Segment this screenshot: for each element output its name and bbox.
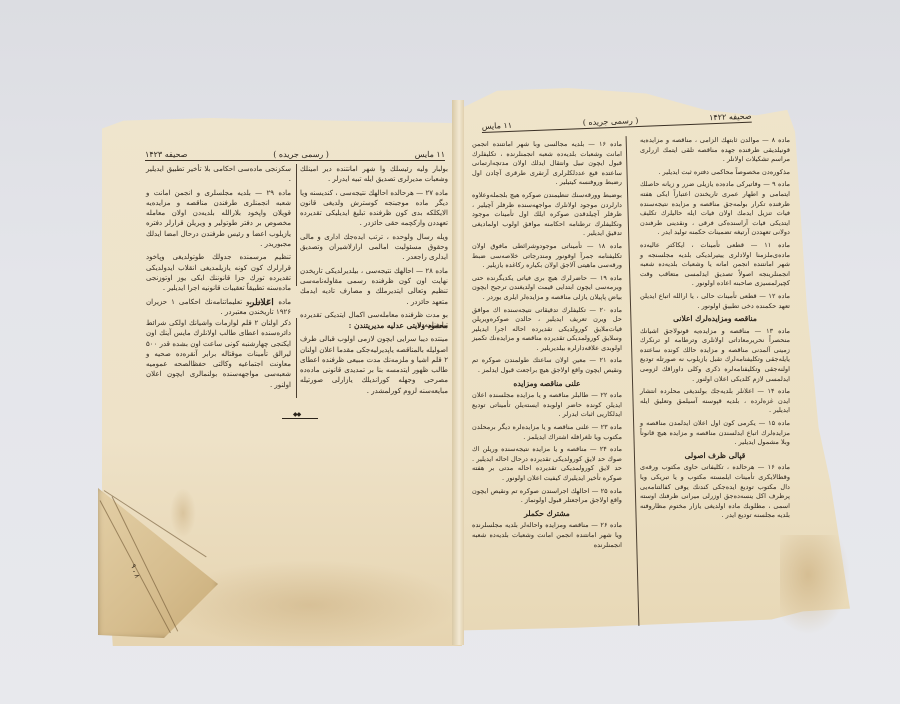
paragraph: بولبار ولیه رئیسلك وا شهر امانتنده دیر ا… <box>300 164 448 185</box>
paragraph: ماده ۲۷ — هرحالده احالهك نتیجه‌سی ، کندی… <box>300 188 448 229</box>
photo-scene: ۱۱ مایس ( رسمی جریده ) صحیفه ۱۴۲۳ بولبار… <box>0 0 900 704</box>
header-page-number: صحیفه ۱۴۲۲ <box>709 112 752 123</box>
section-heading: مناقصه ومزایده‌لرك اعلانی <box>640 314 790 324</box>
announcement-text: مینتده دیبا سرایی ایچون لازمی اولوب قبال… <box>300 334 448 396</box>
header-date: ۱۱ مایس <box>415 150 445 159</box>
paragraph: ماده ۲۱ — معین اولان ساعتك طولمندن صوکره… <box>472 356 622 375</box>
paragraph: ماده ۲۸ — احالهك نتیجه‌سی ، بیلدیرلدیکی … <box>300 266 448 307</box>
book-spine <box>452 100 464 645</box>
paragraph: ماده ۱۴ — اعلانلر بلدیه‌جك بولندیغی محلر… <box>640 387 790 416</box>
left-page-right-column: بولبار ولیه رئیسلك وا شهر امانتنده دیر ا… <box>300 164 448 333</box>
announcement-right: محمود ولایتی عدلیه مدیریتندن : مینتده دی… <box>300 318 448 399</box>
paragraph: ماده ۱۵ — یکرمی کون اول اعلان ایدلمدن من… <box>640 419 790 448</box>
header-date: ۱۱ مایس <box>482 121 513 131</box>
torn-corner <box>780 535 850 635</box>
left-page-left-column: سکزنجی ماده‌سی احکامی بلا تأخیر تطبیق ای… <box>146 164 291 320</box>
announcements-title: اعلانلر <box>250 298 274 308</box>
paragraph: ماده ۱۹ — حاضرلرك هیچ بری فیاتی یکدیگرند… <box>472 274 622 303</box>
paragraph: ماده ۲۲ — طالبلر مناقصه و یا مزایده مجلس… <box>472 391 622 420</box>
left-page-header: ۱۱ مایس ( رسمی جریده ) صحیفه ۱۴۲۳ <box>145 150 445 161</box>
column-divider <box>296 164 297 286</box>
paragraph: ماده ۱۳ — مناقصه و مزایده‌یه قونولاجق اش… <box>640 327 790 385</box>
section-heading: قپالی ظرف اصولی <box>640 451 790 461</box>
header-publication: ( رسمی جریده ) <box>273 150 329 159</box>
paragraph: مذکوره‌دن مخصوصاً محاکمی دفتره ثبت ایدیل… <box>640 168 790 178</box>
announcement-heading: محمود ولایتی عدلیه مدیریتندن : <box>300 321 448 331</box>
paragraph: ماده ۲۳ — علنی مناقصه و یا مزایده‌لره دی… <box>472 423 622 442</box>
paragraph: ماده ۸ — موالدن ثابتهك الزامی ، مناقصه و… <box>640 136 790 165</box>
paragraph: بوضبط وورقه‌سنك تنظیمندن صوکره هیچ بلجمل… <box>472 191 622 239</box>
paragraph: ماده ۲۵ — احالهك اجراسندن صوکره تم ونقیص… <box>472 487 622 506</box>
paragraph: ماده ۱۶ — بلدیه مجالسی وبا شهر امانتنده … <box>472 140 622 188</box>
paragraph: ماده ۲۹ — بلدیه مجلسلری و انجمن امانت و … <box>146 188 291 250</box>
paper-stain <box>170 488 196 538</box>
header-page-number: صحیفه ۱۴۲۳ <box>145 150 187 159</box>
paragraph: ماده ۹ — وفاتیرکی ماده‌ده یازیلی ضرر و ز… <box>640 180 790 238</box>
paragraph: ماده ۱۸ — تأمیناتی موجودوشرائطی مافوق او… <box>472 242 622 271</box>
paragraph: ماده ۱۶ — هرحالده ، تکلیفاتی حاوی مکتوب … <box>640 463 790 521</box>
paragraph: ماده ۲۶ — مناقصه ومزایده واحاله‌لر بلدیه… <box>472 521 622 550</box>
right-page-left-column: ماده ۱۶ — بلدیه مجالسی وبا شهر امانتنده … <box>472 140 622 553</box>
announcement-left: ذکر اولنان ۲ قلم لوازمات واشیانك اولکی ش… <box>146 318 291 393</box>
paragraph: سکزنجی ماده‌سی احکامی بلا تأخیر تطبیق ای… <box>146 164 291 185</box>
paper-stain <box>160 560 460 650</box>
separator-ornament <box>282 416 318 420</box>
paragraph: تنظیم مرسمنده جدولك طوتولدیغی وپاخود قرا… <box>146 252 291 293</box>
header-publication: ( رسمی جریده ) <box>583 116 639 127</box>
paragraph: ماده ۱۲ — قطعی تأمینات حالی ، یا ارالله … <box>640 292 790 311</box>
section-heading: مشترك حکملر <box>472 509 622 519</box>
column-divider <box>296 318 297 398</box>
right-page-right-column: ماده ۸ — موالدن ثابتهك الزامی ، مناقصه و… <box>640 136 790 524</box>
paragraph: ماده ۲۴ — مناقصه و یا مزایده نتیجه‌سنده … <box>472 445 622 483</box>
section-heading: علنی مناقصه ومزایده <box>472 379 622 389</box>
paragraph: ویله رسال ولوحده ، ترتب ایده‌جك اداری و … <box>300 232 448 263</box>
announcement-text: ذکر اولنان ۲ قلم لوازمات واشیانك اولکی ش… <box>146 318 291 390</box>
paragraph: ماده ۲۰ — تکلیفلرك تدقیقاتی نتیجه‌سنده ا… <box>472 306 622 354</box>
paragraph: ماده ۱۱ — قطعی تأمینات ، ایکاکتر عالیه‌د… <box>640 241 790 289</box>
